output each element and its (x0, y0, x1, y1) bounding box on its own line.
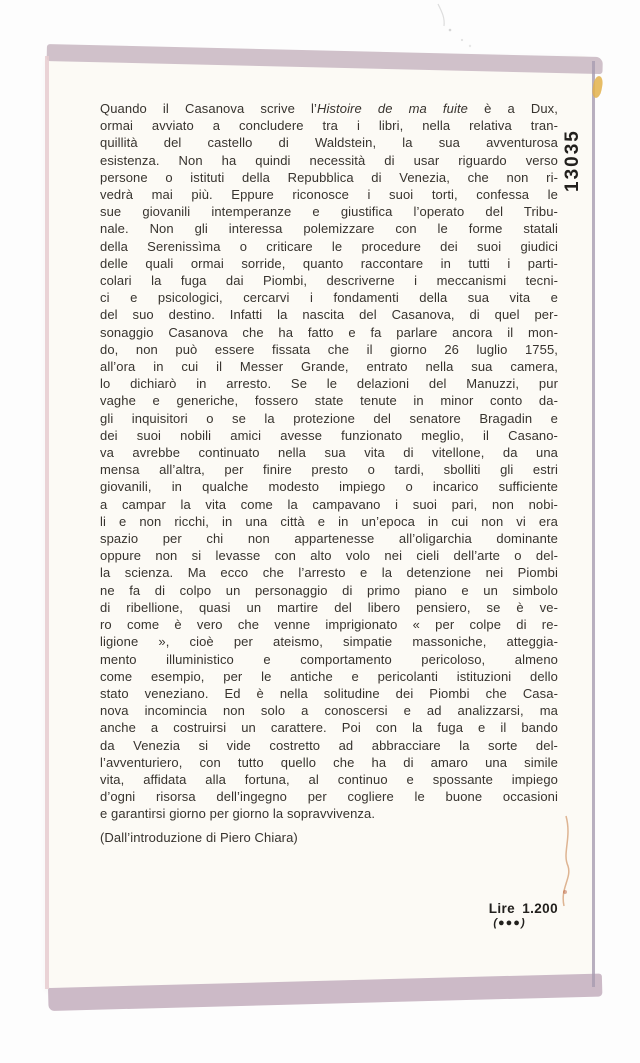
blurb-line: stato veneziano. Ed è nella solitudine d… (100, 685, 558, 702)
blurb-line: do, non può essere fissata che il giorno… (100, 341, 558, 358)
blurb-line: vita, affidata alla fortuna, al continuo… (100, 771, 558, 788)
blurb-line: del suo destino. Infatti la nascita del … (100, 306, 558, 323)
blurb-line: all’ora in cui il Messer Grande, entrato… (100, 358, 558, 375)
fiber-scratch-icon (552, 808, 592, 923)
blurb-lines: ormai avviato a concludere tra i libri, … (100, 117, 558, 805)
blurb-line: colari la fuga dai Piombi, descriverne i… (100, 272, 558, 289)
blurb-line: anche a costruirsi un carattere. Poi con… (100, 719, 558, 736)
blurb-line: a campar la vita come la campavano i suo… (100, 496, 558, 513)
photo-background: Quando il Casanova scrive l’Histoire de … (0, 0, 640, 1063)
blurb-line: ne fa di colpo un personaggio di primo p… (100, 582, 558, 599)
book-right-edge (592, 61, 595, 987)
blurb-text-prefix: Quando il Casanova scrive l’ (100, 101, 317, 116)
blurb-line: vaghe e generiche, fossero state tenute … (100, 392, 558, 409)
blurb-line: giovanili, in qualche modesto impiego o … (100, 478, 558, 495)
blurb-line: sue giovanili intemperanze e giustifica … (100, 203, 558, 220)
blurb-line: la scienza. Ma ecco che l’arresto e la d… (100, 564, 558, 581)
blurb-line: li e non ricchi, in una città e in un’ep… (100, 513, 558, 530)
blurb-last-line: e garantirsi giorno per giorno la soprav… (100, 805, 558, 822)
series-number-vertical: 13035 (562, 129, 584, 192)
blurb-line: l’avventuriero, con tutto quello che ha … (100, 754, 558, 771)
blurb-line: esistenza. Non ha quindi necessità di us… (100, 152, 558, 169)
blurb-line: come esempio, per le antiche e pericolan… (100, 668, 558, 685)
blurb-line: vedrà mai più. Eppure riconosce i suoi t… (100, 186, 558, 203)
blurb-line: quillità del castello di Waldstein, la s… (100, 134, 558, 151)
blurb-line: ci e psicologici, cercarvi i fondamenti … (100, 289, 558, 306)
book-title-italic: Histoire de ma fuite (317, 101, 468, 116)
blurb-text-suffix: è a Dux, (468, 101, 558, 116)
blurb-line: delle quali ormai sorride, quanto raccon… (100, 255, 558, 272)
blurb-line: mento illuministico e comportamento peri… (100, 651, 558, 668)
blurb-line: ormai avviato a concludere tra i libri, … (100, 117, 558, 134)
blurb-line: di ribellione, quasi un martire del libe… (100, 599, 558, 616)
blurb-line: oppure non si levasse con alto volo nei … (100, 547, 558, 564)
blurb-line: gli inquisitori o se la protezione del s… (100, 410, 558, 427)
price-dots: (●●●) (468, 917, 558, 929)
book-left-edge (45, 56, 49, 989)
blurb-line: va avrebbe continuato nella sua vita di … (100, 444, 558, 461)
blurb-line: persone o istituti della Repubblica di V… (100, 169, 558, 186)
price-block: Lire 1.200 (●●●) (468, 901, 558, 929)
blurb-line: sonaggio Casanova che ha fatto e fa parl… (100, 324, 558, 341)
blurb-line: nale. Non gli interessa polemizzare con … (100, 220, 558, 237)
blurb-line: ro come è vero che venne imprigionato « … (100, 616, 558, 633)
blurb-line: da Venezia si vide costretto ad abbracci… (100, 737, 558, 754)
blurb-line: della Serenissìma o criticare le procedu… (100, 238, 558, 255)
blurb-line: spazio per chi non appartenesse all’olig… (100, 530, 558, 547)
dust-specks-icon (420, 0, 510, 50)
price-label: Lire 1.200 (468, 901, 558, 916)
blurb-line: nova incomincia non solo a conoscersi e … (100, 702, 558, 719)
blurb-first-line: Quando il Casanova scrive l’Histoire de … (100, 100, 558, 117)
blurb-line: lo dichiarò in arresto. Se le delazioni … (100, 375, 558, 392)
back-cover-blurb: Quando il Casanova scrive l’Histoire de … (100, 100, 558, 846)
attribution-line: (Dall’introduzione di Piero Chiara) (100, 829, 558, 846)
blurb-line: d’ogni risorsa dell’ingegno per cogliere… (100, 788, 558, 805)
blurb-line: dei suoi nobili amici avesse funzionato … (100, 427, 558, 444)
blurb-line: ligione », cioè per ateismo, simpatie ma… (100, 633, 558, 650)
blurb-line: mensa all’altra, per finire presto o tar… (100, 461, 558, 478)
